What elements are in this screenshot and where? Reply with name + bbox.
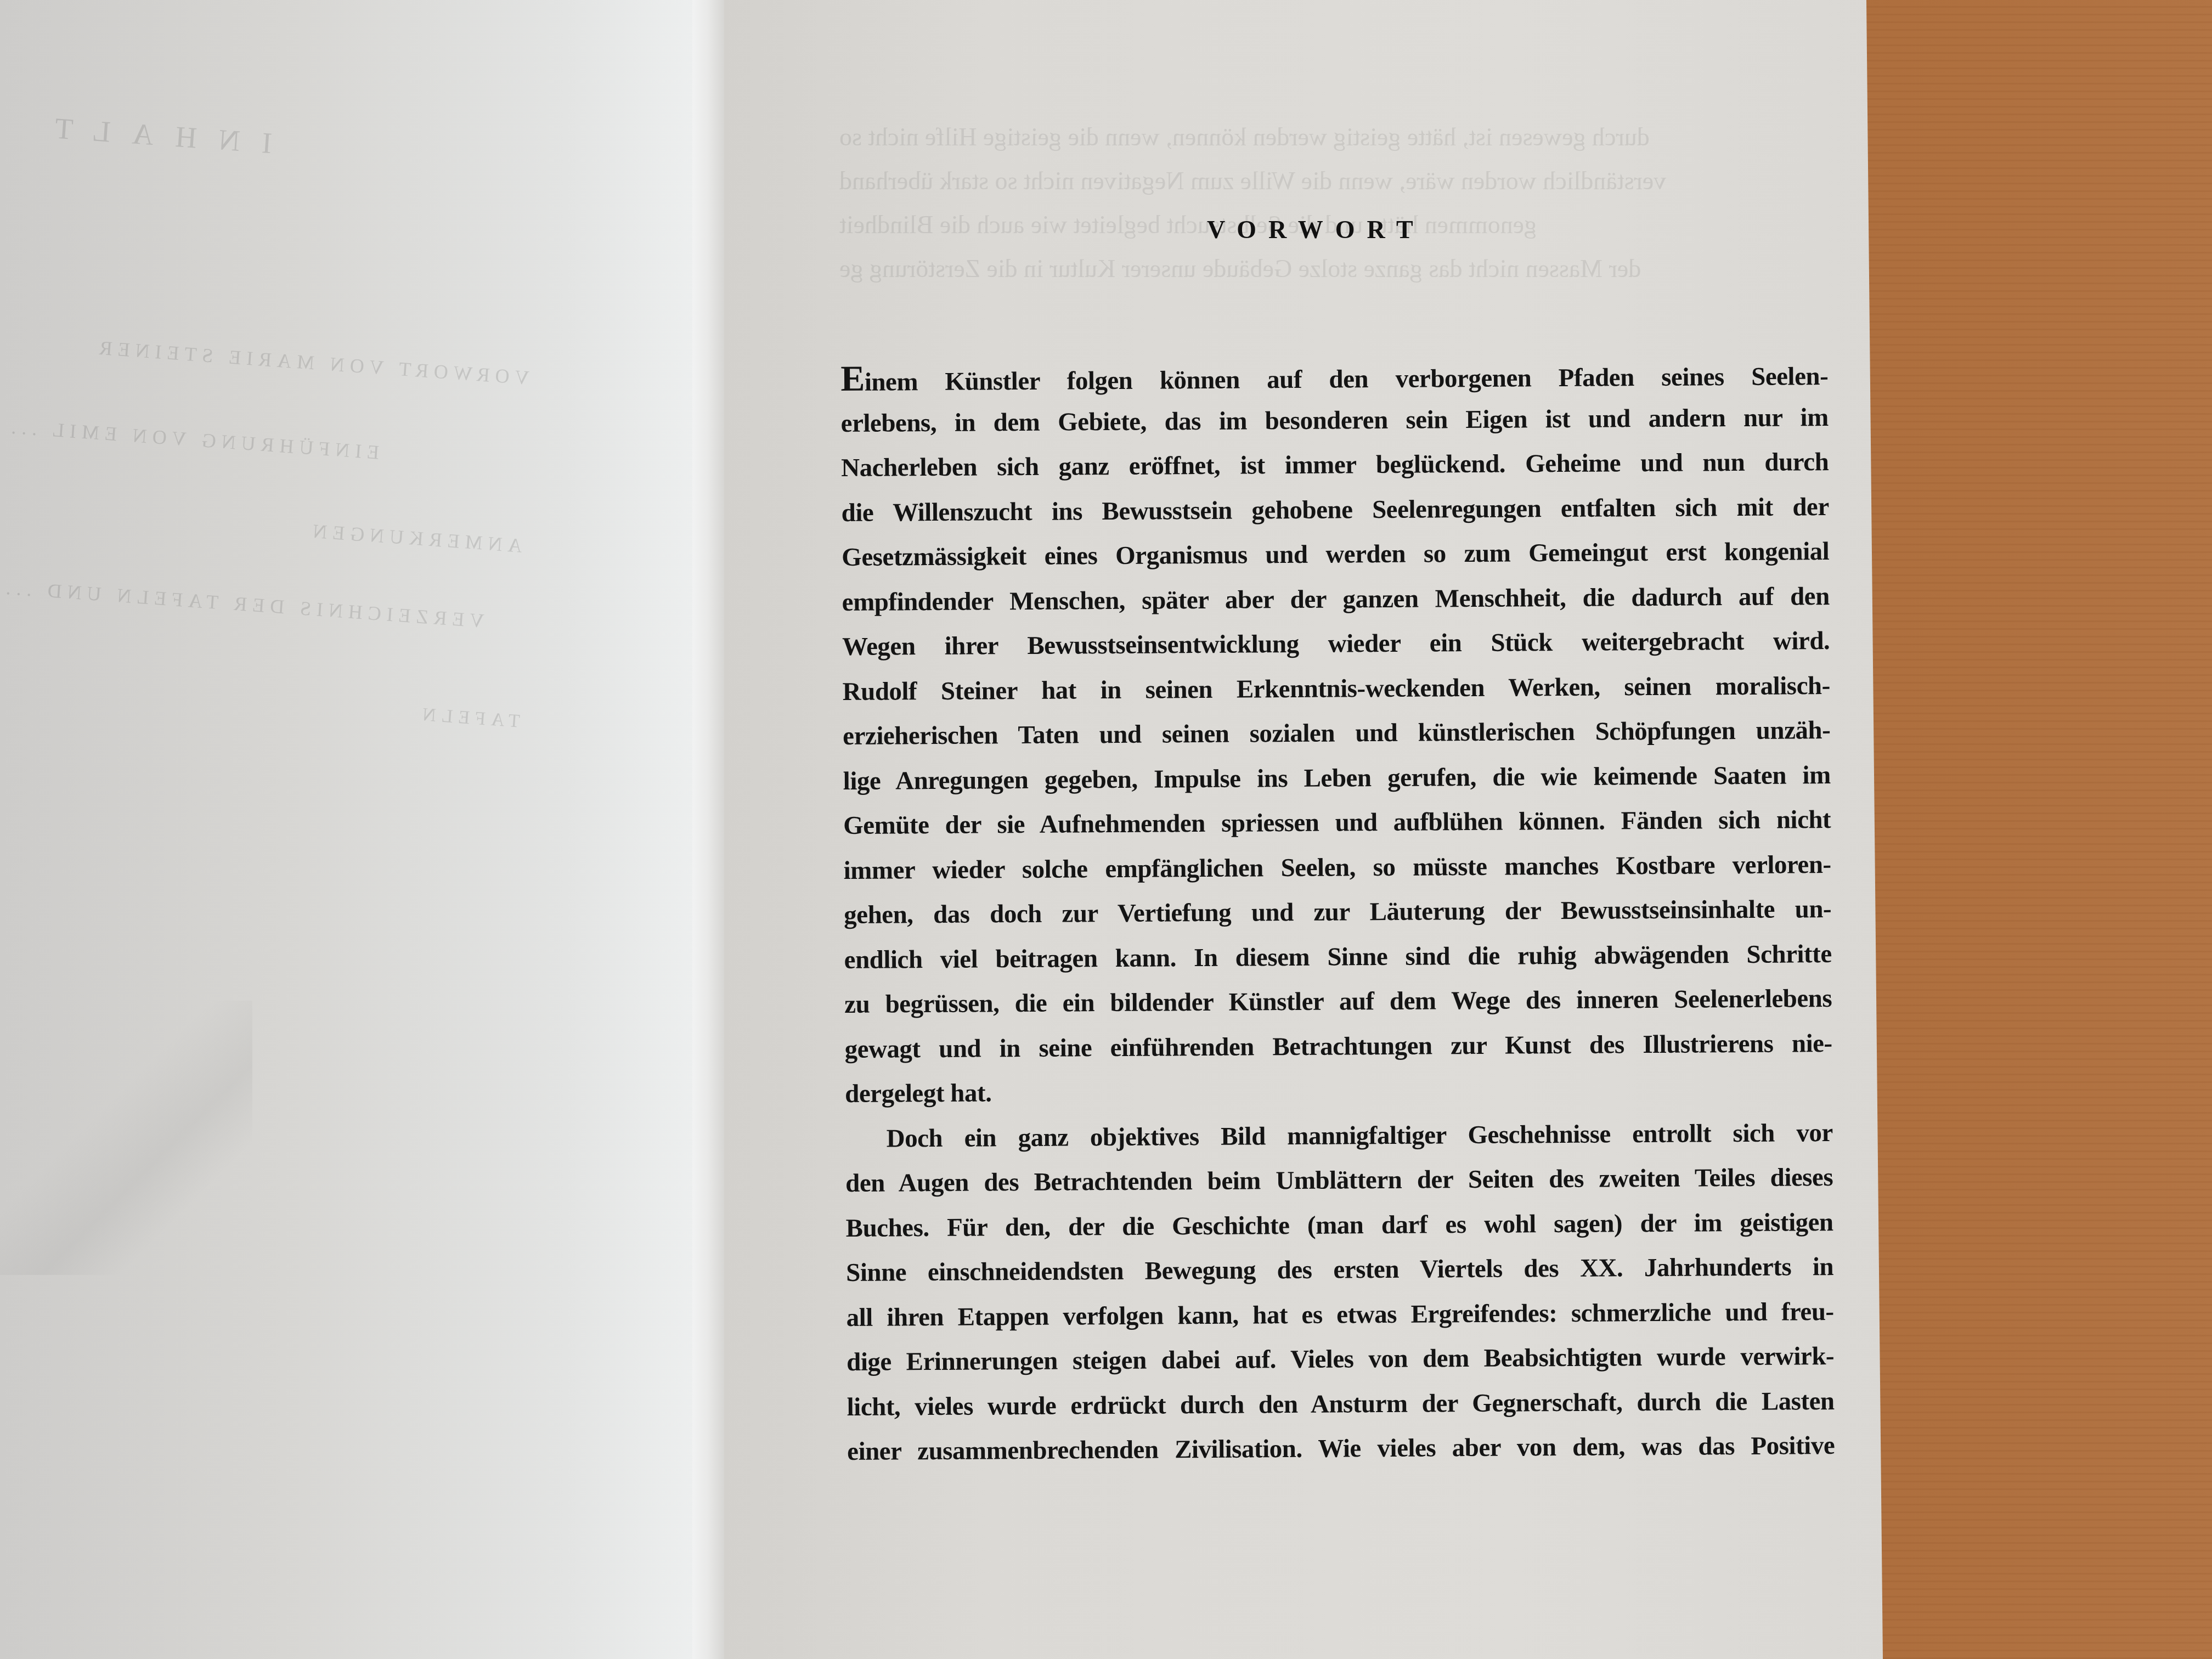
show-through-entry: TAFELN [416,704,521,732]
text-line: Rudolf Steiner hat in seinen Erkenntnis-… [842,663,1830,714]
text-line: gehen, das doch zur Vertiefung und zur L… [844,887,1831,938]
text-line: die Willenszucht ins Bewusstsein gehoben… [841,484,1829,535]
text-line: Sinne einschneidendsten Bewegung des ers… [846,1245,1833,1295]
text-line: Gemüte der sie Aufnehmenden spriessen un… [843,798,1831,848]
text-line: dergelegt hat. [845,1066,1832,1116]
text-line: Doch ein ganz objektives Bild mannigfalt… [845,1110,1832,1161]
text-line: Buches. Für den, der die Geschichte (man… [845,1200,1833,1250]
body-text: Einem Künstler folgen können auf den ver… [840,351,1835,1474]
text-line: lige Anregungen gegeben, Impulse ins Leb… [843,753,1830,803]
show-through-text: der Massen nicht das ganze stolze Gebäud… [839,247,1641,291]
text-line: Einem Künstler folgen können auf den ver… [840,351,1828,401]
text-line: erlebens, in dem Gebiete, das im besonde… [840,396,1828,446]
text-line: licht, vieles wurde erdrückt durch den A… [847,1379,1834,1429]
text-line: immer wieder solche empfänglichen Seelen… [843,842,1831,893]
drop-cap: E [840,359,865,399]
text-line: einer zusammenbrechenden Zivilisation. W… [847,1424,1835,1474]
show-through-text: genommen hätte und die Selbstsucht begle… [839,203,1537,247]
text-line: Wegen ihrer Bewusstseinsentwicklung wied… [842,619,1830,669]
text-line: Gesetzmässigkeit eines Organismus und we… [842,529,1829,580]
text-line: zu begrüssen, die ein bildender Künstler… [844,977,1832,1027]
show-through-heading: INHALT [32,110,273,160]
show-through-text: durch gewesen ist, hätte geistig werden … [839,115,1650,159]
text-line: dige Erinnerungen steigen dabei auf. Vie… [847,1334,1834,1385]
text-line: empfindender Menschen, später aber der g… [842,574,1829,624]
show-through-entry: VORWORT VON MARIE STEINER [93,336,531,389]
show-through-entry: VERZEICHNIS DER TAFELN UND ... [0,575,485,633]
show-through-entry: ANMERKUNGEN [307,519,523,557]
text-line: Nacherleben sich ganz eröffnet, ist imme… [841,440,1829,490]
text-line: den Augen des Betrachtenden beim Umblätt… [845,1155,1833,1206]
text-line: all ihren Etappen verfolgen kann, hat es… [846,1289,1833,1340]
text-line: endlich viel beitragen kann. In diesem S… [844,932,1831,982]
text-line: gewagt und in seine einführenden Betrach… [844,1021,1832,1071]
page-title: VORWORT [1207,215,1425,244]
left-page: INHALT VORWORT VON MARIE STEINER EINFÜHR… [0,0,708,1659]
page-fold-shadow [0,1001,252,1275]
show-through-entry: EINFÜHRUNG VON EMIL ... [5,415,380,464]
text-line: erzieherischen Taten und seinen sozialen… [843,708,1830,759]
show-through-text: verständlich worden wäre, wenn die Wille… [839,159,1666,203]
